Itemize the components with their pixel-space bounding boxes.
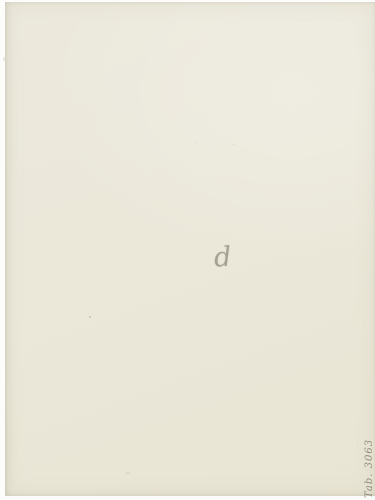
paper-speck: [126, 472, 130, 474]
scan-background: d Tab. 3063: [0, 0, 375, 500]
paper-speck: [233, 144, 235, 145]
paper-speck: [195, 142, 197, 143]
inscription-text: Tab. 3063: [362, 430, 375, 498]
scan-edge-speck: [3, 57, 5, 61]
paper-speck: [89, 316, 91, 318]
paper-page: d Tab. 3063: [5, 2, 375, 496]
pencil-center-mark: d: [213, 243, 232, 271]
